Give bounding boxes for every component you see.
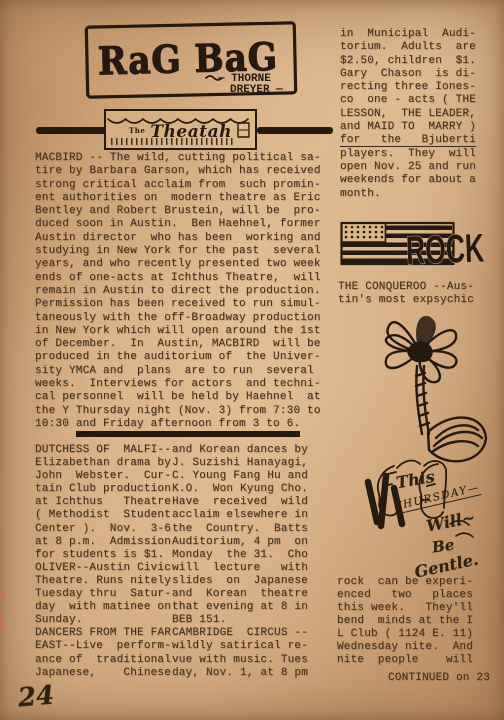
- conqueroo-article-intro: THE CONQUEROO --Aus- tin's most expsychi…: [338, 281, 488, 307]
- continued-note: CONTINUED on 23: [388, 672, 490, 685]
- ionesco-text-pre: in Municipal Audi- torium. Adults are $2…: [340, 28, 476, 133]
- ionesco-text-post: players. They will open Nov. 25 and run …: [340, 148, 476, 200]
- flower-faces-drawing: [332, 310, 502, 550]
- theatre-banner-text: The Theatah: [106, 122, 255, 142]
- ionesco-article: in Municipal Audi- torium. Adults are $2…: [340, 28, 484, 201]
- ragbag-logo-drawing: RaG BaG — THORNE DREYER —: [82, 18, 302, 104]
- macbird-article-text: MACBIRD -- The wild, cutting political s…: [35, 152, 321, 430]
- macbird-article: MACBIRD -- The wild, cutting political s…: [35, 152, 335, 431]
- theatre-section-banner: The Theatah: [104, 109, 257, 150]
- divider-line-right: [257, 127, 333, 134]
- byline-dreyer: DREYER —: [230, 84, 283, 96]
- rock-article-body: rock can be experi- enced two places thi…: [337, 576, 489, 667]
- macbird-underlined-text: and Friday afternoon from 3 to 6.: [76, 418, 300, 437]
- rock-section-banner: ROCK: [340, 219, 486, 275]
- rock-banner-word: ROCK: [405, 226, 485, 273]
- divider-line-left: [36, 127, 106, 134]
- listings-column-middle: and Korean dances by J. Suzishi Hanayagi…: [172, 444, 332, 680]
- page-number: 24: [17, 680, 56, 713]
- magazine-page: RaG BaG — THORNE DREYER — The Theatah MA…: [0, 0, 504, 720]
- ionesco-underlined-text: for the Bjuberti: [340, 134, 476, 147]
- theatre-banner-word: Theatah: [150, 122, 232, 142]
- theatre-banner-the: The: [129, 126, 145, 135]
- scan-edge-mark: [0, 588, 5, 602]
- scan-edge-mark: [0, 612, 4, 634]
- listings-column-left: DUTCHESS OF MALFI-- Elizabethan drama by…: [35, 444, 173, 680]
